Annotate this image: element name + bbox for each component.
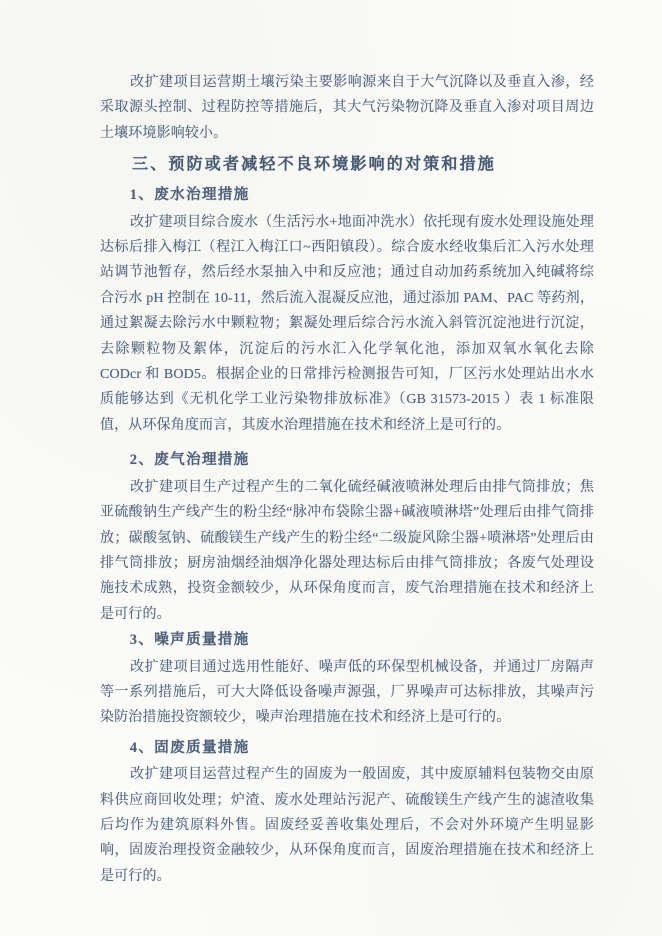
subsection-body-waste-gas: 改扩建项目生产过程产生的二氧化硫经碱液喷淋处理后由排气筒排放；焦亚硫酸钠生产线产… bbox=[100, 475, 594, 627]
subsection-title-wastewater: 1、废水治理措施 bbox=[100, 183, 594, 208]
document-content: 改扩建项目运营期土壤污染主要影响源来自于大气沉降以及垂直入渗，经采取源头控制、过… bbox=[100, 70, 594, 889]
subsection-title-solid-waste: 4、固废质量措施 bbox=[100, 736, 594, 761]
subsection-title-noise: 3、噪声质量措施 bbox=[100, 628, 594, 653]
scanned-document-page: 改扩建项目运营期土壤污染主要影响源来自于大气沉降以及垂直入渗，经采取源头控制、过… bbox=[0, 0, 662, 936]
subsection-body-noise: 改扩建项目通过选用性能好、噪声低的环保型机械设备，并通过厂房隔声等一系列措施后，… bbox=[100, 655, 594, 731]
subsection-title-waste-gas: 2、废气治理措施 bbox=[100, 448, 594, 473]
section-heading: 三、预防或者减轻不良环境影响的对策和措施 bbox=[100, 151, 594, 179]
subsection-body-wastewater: 改扩建项目综合废水（生活污水+地面冲洗水）依托现有废水处理设施处理达标后排入梅江… bbox=[100, 210, 594, 439]
subsection-body-solid-waste: 改扩建项目运营过程产生的固废为一般固废，其中废原辅料包装物交由原料供应商回收处理… bbox=[100, 762, 594, 889]
intro-paragraph: 改扩建项目运营期土壤污染主要影响源来自于大气沉降以及垂直入渗，经采取源头控制、过… bbox=[100, 70, 594, 146]
